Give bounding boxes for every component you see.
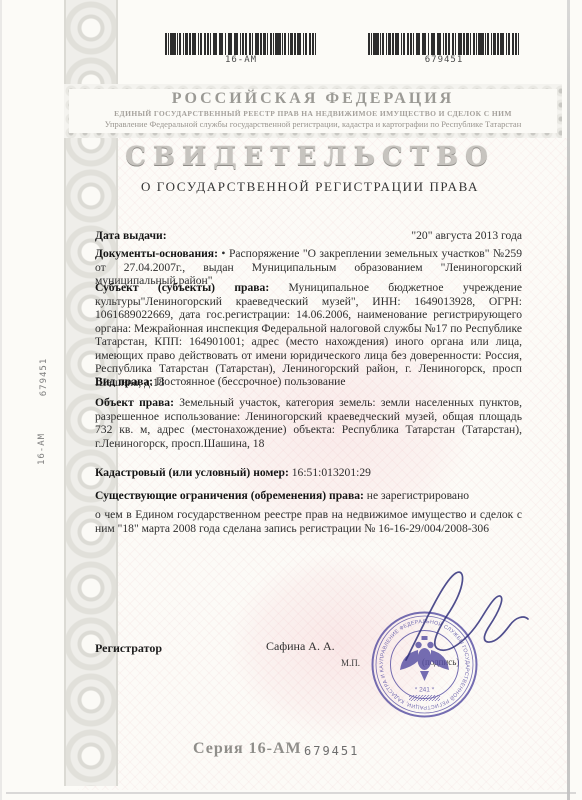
margin-serial-series: 16-АМ [37,423,47,475]
header-inner: РОССИЙСКАЯ ФЕДЕРАЦИЯ ЕДИНЫЙ ГОСУДАРСТВЕН… [69,89,557,133]
header-authority-line: Управление Федеральной службы государств… [69,119,557,130]
barcode-number [368,33,520,55]
restrictions-label: Существующие ограничения (обременения) п… [95,489,364,502]
footer-series-label: Серия 16-АМ [193,740,302,758]
field-object: Объект права: Земельный участок, категор… [95,396,522,450]
cadastral-label: Кадастровый (или условный) номер: [95,466,289,479]
field-restrictions: Существующие ограничения (обременения) п… [95,489,522,503]
header-band: РОССИЙСКАЯ ФЕДЕРАЦИЯ ЕДИНЫЙ ГОСУДАРСТВЕН… [64,84,562,138]
issue-date-label: Дата выдачи: [95,229,167,243]
subject-value: Муниципальное бюджетное учреждение культ… [95,281,522,389]
issue-date-value: "20" августа 2013 года [411,229,522,243]
barcode-series [165,33,317,55]
right-kind-label: Вид права: [95,375,153,388]
footer-series-number: 679451 [304,744,359,758]
subject-label: Субъект (субъекты) права: [95,281,269,294]
stamp-number: * 241 * [415,687,435,694]
signature [386,565,536,680]
basis-label: Документы-основания: [95,247,218,260]
field-right-kind: Вид права: Постоянное (бессрочное) польз… [95,375,522,389]
object-label: Объект права: [95,396,174,409]
certificate-title: СВИДЕТЕЛЬСТВО [95,142,525,172]
certificate-subtitle: О ГОСУДАРСТВЕННОЙ РЕГИСТРАЦИИ ПРАВА [95,179,525,195]
cadastral-value: 16:51:013201:29 [292,466,371,479]
field-issue-date: Дата выдачи: "20" августа 2013 года [95,229,522,243]
registrar-label: Регистратор [95,641,162,656]
barcode-series-label: 16-АМ [165,55,317,65]
page-edge-bottom [6,792,576,794]
page-edge-right [567,0,570,800]
page-edge-left [0,0,2,800]
header-registry-line: ЕДИНЫЙ ГОСУДАРСТВЕННЫЙ РЕЕСТР ПРАВ НА НЕ… [69,108,557,119]
record-statement: о чем в Едином государственном реестре п… [95,508,522,535]
field-cadastral: Кадастровый (или условный) номер: 16:51:… [95,466,522,480]
field-subject: Субъект (субъекты) права: Муниципальное … [95,281,522,389]
stamp-hatch-box [409,695,440,701]
restrictions-value: не зарегистрировано [367,489,469,502]
margin-serial-number: 679451 [39,347,49,407]
right-kind-value: Постоянное (бессрочное) пользование [156,375,346,388]
registrar-name: Сафина А. А. [266,639,335,654]
header-country: РОССИЙСКАЯ ФЕДЕРАЦИЯ [69,90,557,108]
barcode-number-label: 679451 [368,55,520,65]
certificate-page: 16-АМ 679451 РОССИЙСКАЯ ФЕДЕРАЦИЯ ЕДИНЫЙ… [0,0,582,800]
